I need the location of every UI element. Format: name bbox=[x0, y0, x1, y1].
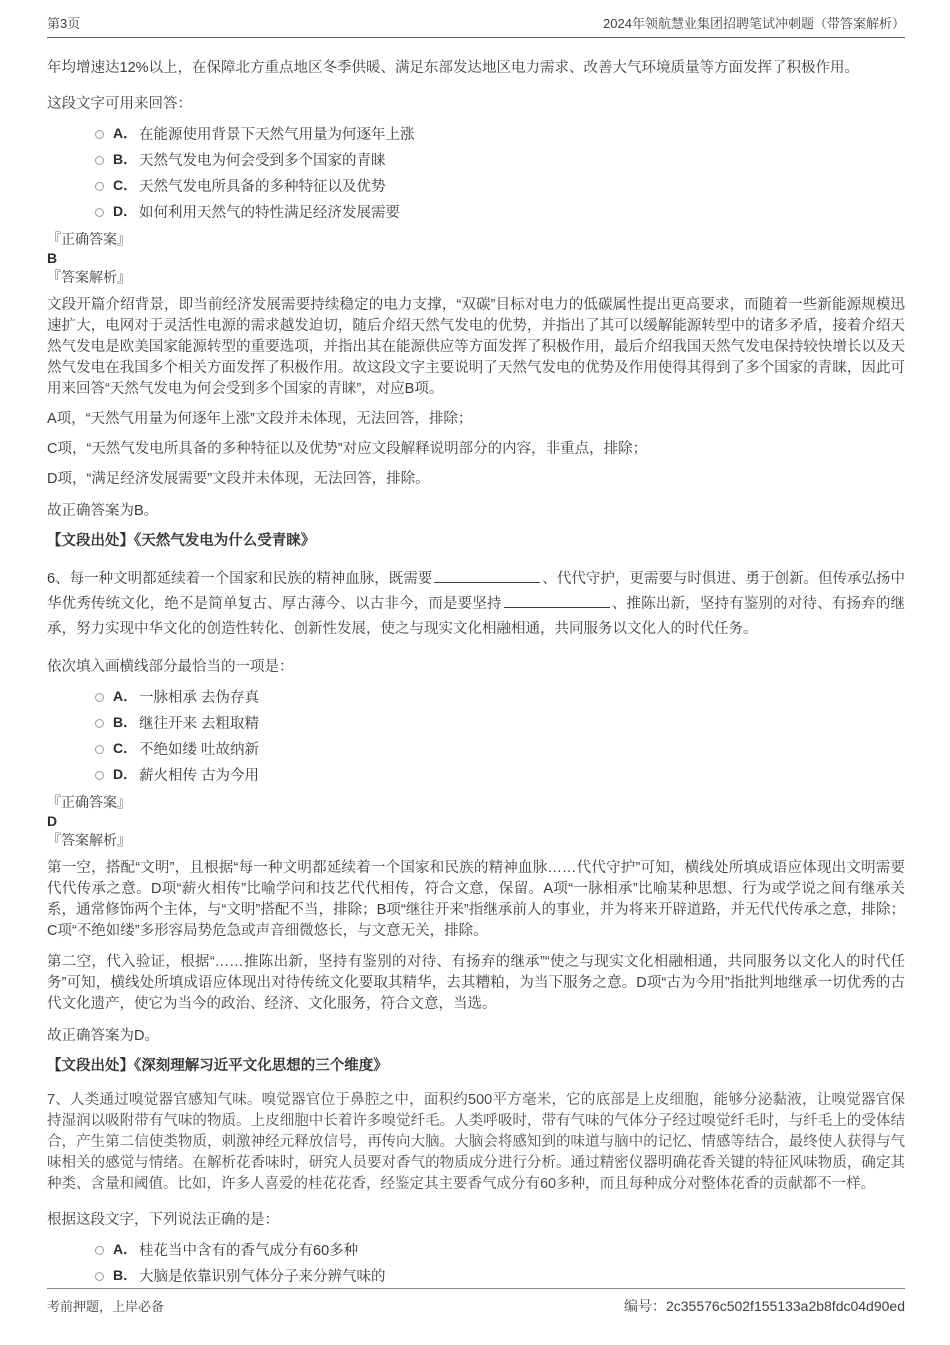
radio-button-icon[interactable] bbox=[95, 1272, 104, 1281]
radio-button-icon[interactable] bbox=[95, 745, 104, 754]
option-row-a[interactable]: A． 桂花当中含有的香气成分有60多种 bbox=[95, 1236, 905, 1262]
option-row-c[interactable]: C． 天然气发电所具备的多种特征以及优势 bbox=[95, 172, 905, 198]
radio-button-icon[interactable] bbox=[95, 208, 104, 217]
page-footer: 考前押题，上岸必备 编号：2c35576c502f155133a2b8fdc04… bbox=[47, 1288, 905, 1326]
correct-answer-value: B bbox=[47, 249, 905, 268]
question-stem-continued: 年均增速达12%以上，在保障北方重点地区冬季供暖、满足东部发达地区电力需求、改善… bbox=[47, 57, 905, 79]
options-group: A． 一脉相承 去伪存真 B． 继往开来 去粗取精 C． 不绝如缕 吐故纳新 D… bbox=[95, 683, 905, 787]
question-prompt: 根据这段文字，下列说法正确的是： bbox=[47, 1209, 905, 1231]
fill-blank-line bbox=[504, 595, 610, 608]
option-text: 桂花当中含有的香气成分有60多种 bbox=[139, 1239, 358, 1260]
option-letter: B． bbox=[113, 1265, 139, 1285]
option-text: 天然气发电为何会受到多个国家的青睐 bbox=[139, 149, 386, 170]
radio-button-icon[interactable] bbox=[95, 130, 104, 139]
analysis-point-d: D项，“满足经济发展需要”文段并未体现，无法回答，排除。 bbox=[47, 469, 905, 490]
options-group: A． 在能源使用背景下天然气用量为何逐年上涨 B． 天然气发电为何会受到多个国家… bbox=[95, 120, 905, 224]
option-text: 一脉相承 去伪存真 bbox=[139, 686, 259, 707]
option-row-d[interactable]: D． 薪火相传 古为今用 bbox=[95, 761, 905, 787]
option-row-b[interactable]: B． 大脑是依靠识别气体分子来分辨气味的 bbox=[95, 1262, 905, 1288]
option-row-a[interactable]: A． 一脉相承 去伪存真 bbox=[95, 683, 905, 709]
option-letter: B． bbox=[113, 712, 139, 732]
analysis-paragraph-1: 第一空，搭配“文明”，且根据“每一种文明都延续着一个国家和民族的精神血脉……代代… bbox=[47, 858, 905, 942]
option-letter: A． bbox=[113, 686, 139, 706]
radio-button-icon[interactable] bbox=[95, 693, 104, 702]
analysis-label: 『答案解析』 bbox=[47, 268, 905, 287]
source-line: 【文段出处】《天然气发电为什么受青睐》 bbox=[47, 530, 905, 552]
page-header: 第3页 2024年领航慧业集团招聘笔试冲刺题（带答案解析） bbox=[47, 0, 905, 38]
footer-serial-number: 编号：2c35576c502f155133a2b8fdc04d90ed bbox=[624, 1296, 905, 1316]
conclusion-line: 故正确答案为B。 bbox=[47, 500, 905, 522]
option-row-c[interactable]: C． 不绝如缕 吐故纳新 bbox=[95, 735, 905, 761]
conclusion-line: 故正确答案为D。 bbox=[47, 1025, 905, 1047]
option-letter: D． bbox=[113, 764, 139, 784]
question-7-block: 7、人类通过嗅觉器官感知气味。嗅觉器官位于鼻腔之中，面积约500平方毫米，它的底… bbox=[47, 1090, 905, 1288]
radio-button-icon[interactable] bbox=[95, 771, 104, 780]
source-line: 【文段出处】《深刻理解习近平文化思想的三个维度》 bbox=[47, 1055, 905, 1077]
analysis-paragraph: 文段开篇介绍背景，即当前经济发展需要持续稳定的电力支撑，“双碳”目标对电力的低碳… bbox=[47, 295, 905, 400]
analysis-point-a: A项，“天然气用量为何逐年上涨”文段并未体现，无法回答，排除； bbox=[47, 409, 905, 430]
options-group: A． 桂花当中含有的香气成分有60多种 B． 大脑是依靠识别气体分子来分辨气味的 bbox=[95, 1236, 905, 1288]
radio-button-icon[interactable] bbox=[95, 182, 104, 191]
option-letter: D． bbox=[113, 201, 139, 221]
analysis-point-c: C项，“天然气发电所具备的多种特征以及优势”对应文段解释说明部分的内容，非重点，… bbox=[47, 439, 905, 460]
stem-text: 6、每一种文明都延续着一个国家和民族的精神血脉，既需要 bbox=[47, 571, 432, 587]
option-text: 天然气发电所具备的多种特征以及优势 bbox=[139, 175, 386, 196]
document-title: 2024年领航慧业集团招聘笔试冲刺题（带答案解析） bbox=[603, 13, 905, 32]
option-letter: C． bbox=[113, 738, 139, 758]
analysis-paragraph-2: 第二空，代入验证，根据“……推陈出新，坚持有鉴别的对待、有扬弃的继承”“使之与现… bbox=[47, 952, 905, 1015]
correct-answer-label: 『正确答案』 bbox=[47, 793, 905, 812]
correct-answer-label: 『正确答案』 bbox=[47, 230, 905, 249]
option-text: 大脑是依靠识别气体分子来分辨气味的 bbox=[139, 1265, 386, 1286]
question-5-block: 年均增速达12%以上，在保障北方重点地区冬季供暖、满足东部发达地区电力需求、改善… bbox=[47, 57, 905, 552]
document-page: 第3页 2024年领航慧业集团招聘笔试冲刺题（带答案解析） 年均增速达12%以上… bbox=[0, 0, 950, 1345]
question-prompt: 这段文字可用来回答： bbox=[47, 93, 905, 115]
option-row-d[interactable]: D． 如何利用天然气的特性满足经济发展需要 bbox=[95, 198, 905, 224]
option-letter: A． bbox=[113, 1239, 139, 1259]
option-text: 薪火相传 古为今用 bbox=[139, 764, 259, 785]
answer-block: 『正确答案』 D 『答案解析』 bbox=[47, 793, 905, 850]
option-text: 不绝如缕 吐故纳新 bbox=[139, 738, 259, 759]
question-6-block: 6、每一种文明都延续着一个国家和民族的精神血脉，既需要、代代守护，更需要与时俱进… bbox=[47, 567, 905, 1077]
question-stem: 7、人类通过嗅觉器官感知气味。嗅觉器官位于鼻腔之中，面积约500平方毫米，它的底… bbox=[47, 1090, 905, 1195]
option-row-a[interactable]: A． 在能源使用背景下天然气用量为何逐年上涨 bbox=[95, 120, 905, 146]
radio-button-icon[interactable] bbox=[95, 156, 104, 165]
radio-button-icon[interactable] bbox=[95, 719, 104, 728]
correct-answer-value: D bbox=[47, 812, 905, 831]
footer-slogan: 考前押题，上岸必备 bbox=[47, 1296, 164, 1315]
question-prompt: 依次填入画横线部分最恰当的一项是： bbox=[47, 656, 905, 678]
fill-blank-line bbox=[434, 570, 540, 583]
option-row-b[interactable]: B． 继往开来 去粗取精 bbox=[95, 709, 905, 735]
option-letter: C． bbox=[113, 175, 139, 195]
radio-button-icon[interactable] bbox=[95, 1246, 104, 1255]
option-text: 在能源使用背景下天然气用量为何逐年上涨 bbox=[139, 123, 415, 144]
page-number-label: 第3页 bbox=[47, 13, 80, 32]
answer-block: 『正确答案』 B 『答案解析』 bbox=[47, 230, 905, 287]
option-text: 如何利用天然气的特性满足经济发展需要 bbox=[139, 201, 400, 222]
option-letter: A． bbox=[113, 123, 139, 143]
option-letter: B． bbox=[113, 149, 139, 169]
option-row-b[interactable]: B． 天然气发电为何会受到多个国家的青睐 bbox=[95, 146, 905, 172]
question-stem: 6、每一种文明都延续着一个国家和民族的精神血脉，既需要、代代守护，更需要与时俱进… bbox=[47, 567, 905, 642]
analysis-label: 『答案解析』 bbox=[47, 831, 905, 850]
option-text: 继往开来 去粗取精 bbox=[139, 712, 259, 733]
